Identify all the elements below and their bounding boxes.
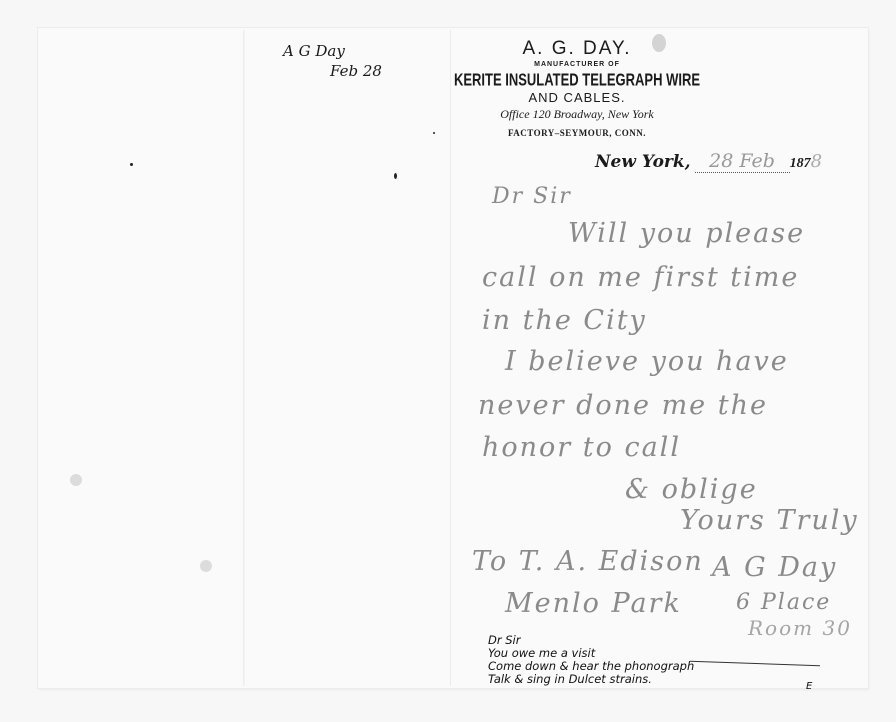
signature-address-1: 6 Place (736, 590, 831, 615)
letterhead: A. G. DAY. MANUFACTURER OF KERITE INSULA… (452, 38, 702, 138)
note-initial: E (806, 680, 812, 693)
dateline-year-printed: 187 (790, 156, 811, 171)
body-line: in the City (482, 305, 647, 336)
addressee: To T. A. Edison (472, 546, 704, 577)
body-line: honor to call (482, 432, 681, 463)
closing-yours-truly: Yours Truly (680, 505, 859, 536)
letterhead-subtitle: MANUFACTURER OF (452, 61, 702, 68)
note-line: Talk & sing in Dulcet strains. (488, 673, 694, 686)
body-line: I believe you have (505, 346, 789, 377)
ink-speck (433, 132, 435, 134)
dateline-city: New York, (595, 152, 691, 172)
fold-line-left (243, 30, 245, 686)
paper-blemish (200, 560, 212, 572)
dateline-year-handwritten: 8 (811, 151, 822, 172)
salutation: Dr Sir (492, 184, 572, 209)
docket-date: Feb 28 (330, 62, 382, 80)
signature-address-2: Room 30 (748, 616, 852, 640)
letterhead-product: KERITE INSULATED TELEGRAPH WIRE (452, 69, 702, 89)
dateline: New York, 28 Feb1878 (595, 150, 822, 173)
ink-speck (130, 163, 133, 166)
paper-blemish (70, 474, 82, 486)
body-line: never done me the (478, 390, 768, 421)
signature: A G Day (712, 552, 837, 583)
ink-speck (394, 173, 397, 179)
letterhead-office: Office 120 Broadway, New York (452, 107, 702, 122)
closing-oblige: & oblige (625, 474, 758, 505)
body-line: Will you please (568, 218, 805, 249)
letterhead-factory: FACTORY–SEYMOUR, CONN. (452, 128, 702, 138)
letterhead-product-2: AND CABLES. (452, 90, 702, 105)
letterhead-name: A. G. DAY. (452, 38, 702, 60)
addressee-place: Menlo Park (505, 588, 682, 619)
dateline-day: 28 Feb (695, 150, 790, 173)
body-line: call on me first time (482, 262, 799, 293)
docket-author: A G Day (283, 42, 345, 60)
edison-reply-note: Dr Sir You owe me a visit Come down & he… (488, 634, 694, 686)
fold-line-center (450, 30, 451, 686)
